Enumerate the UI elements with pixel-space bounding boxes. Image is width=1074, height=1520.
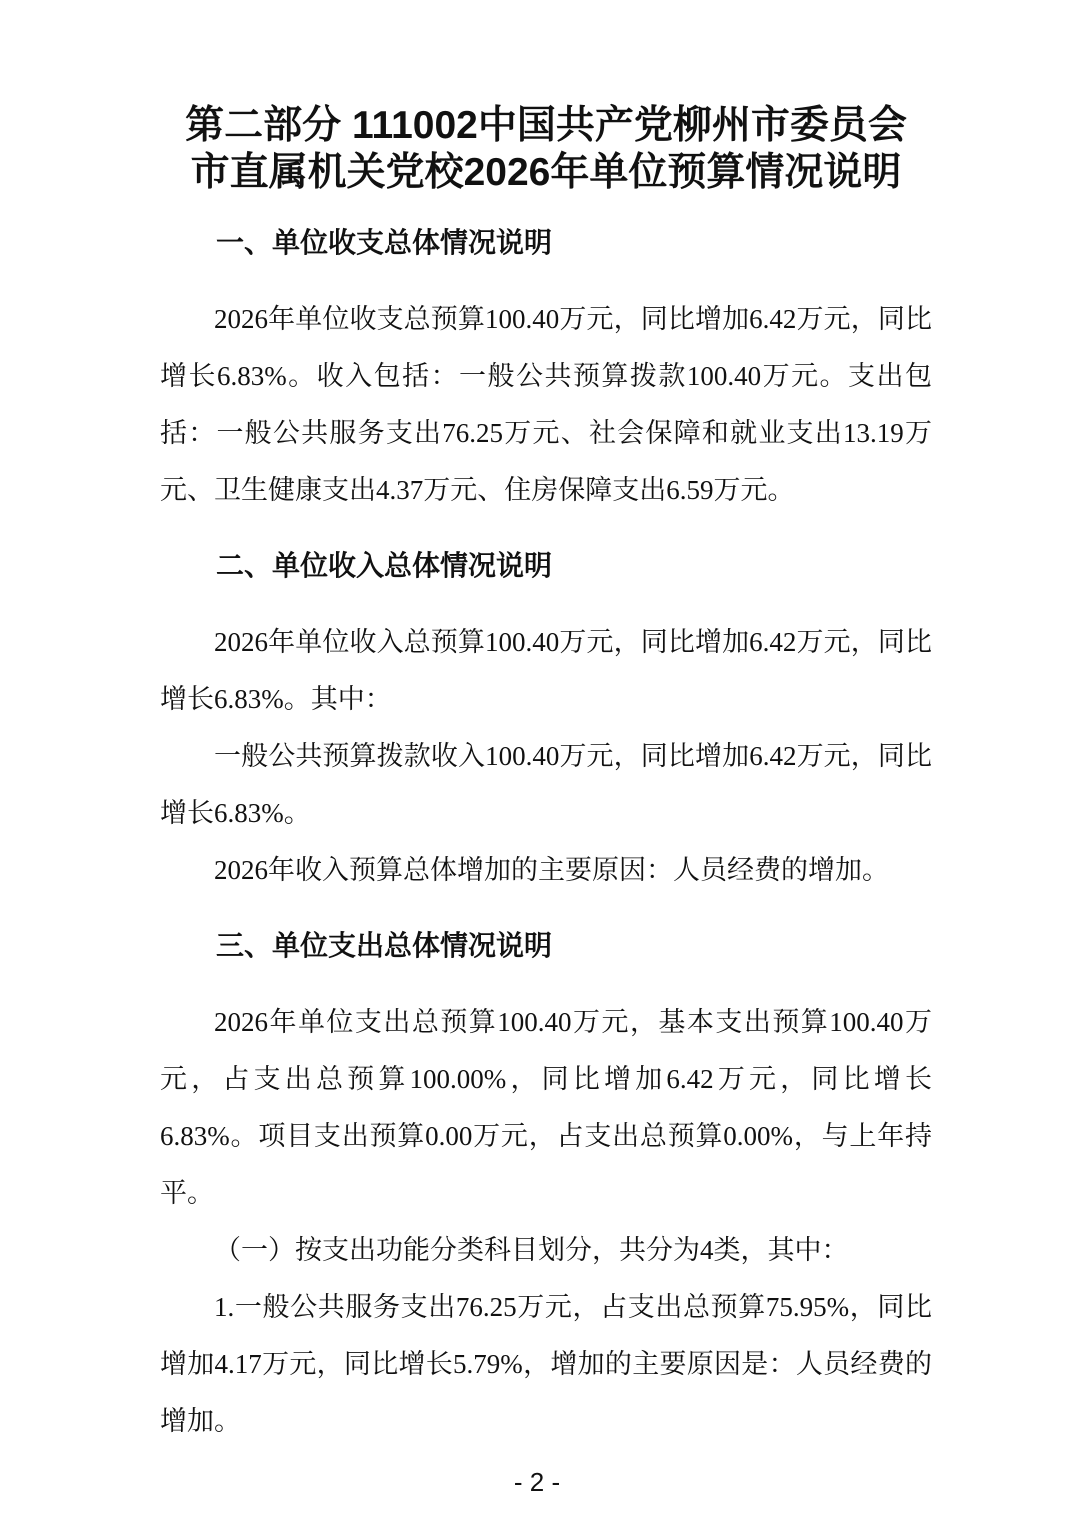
document-page: 第二部分 111002中国共产党柳州市委员会市直属机关党校2026年单位预算情况… — [0, 0, 1074, 1520]
page-number: - 2 - — [0, 1467, 1074, 1498]
document-title: 第二部分 111002中国共产党柳州市委员会市直属机关党校2026年单位预算情况… — [160, 102, 932, 196]
section-3-heading: 三、单位支出总体情况说明 — [160, 917, 932, 974]
section-2-paragraph-3: 2026年收入预算总体增加的主要原因：人员经费的增加。 — [160, 842, 932, 899]
section-3-paragraph-2: （一）按支出功能分类科目划分，共分为4类，其中： — [160, 1222, 932, 1279]
section-overall-income-and-expenditure: 一、单位收支总体情况说明 2026年单位收支总预算100.40万元，同比增加6.… — [160, 214, 932, 519]
section-3-paragraph-1: 2026年单位支出总预算100.40万元，基本支出预算100.40万元，占支出总… — [160, 994, 932, 1222]
section-2-paragraph-1: 2026年单位收入总预算100.40万元，同比增加6.42万元，同比增长6.83… — [160, 614, 932, 728]
section-overall-expenditure: 三、单位支出总体情况说明 2026年单位支出总预算100.40万元，基本支出预算… — [160, 917, 932, 1450]
section-1-paragraph-1: 2026年单位收支总预算100.40万元，同比增加6.42万元，同比增长6.83… — [160, 291, 932, 519]
document-content: 第二部分 111002中国共产党柳州市委员会市直属机关党校2026年单位预算情况… — [160, 0, 932, 1450]
document-title-line-2: 市直属机关党校2026年单位预算情况说明 — [191, 151, 902, 194]
document-title-line-1: 第二部分 111002中国共产党柳州市委员会 — [185, 104, 907, 147]
section-overall-income: 二、单位收入总体情况说明 2026年单位收入总预算100.40万元，同比增加6.… — [160, 537, 932, 899]
section-2-paragraph-2: 一般公共预算拨款收入100.40万元，同比增加6.42万元，同比增长6.83%。 — [160, 728, 932, 842]
section-1-heading: 一、单位收支总体情况说明 — [160, 214, 932, 271]
section-3-paragraph-3: 1.一般公共服务支出76.25万元，占支出总预算75.95%，同比增加4.17万… — [160, 1279, 932, 1450]
section-2-heading: 二、单位收入总体情况说明 — [160, 537, 932, 594]
